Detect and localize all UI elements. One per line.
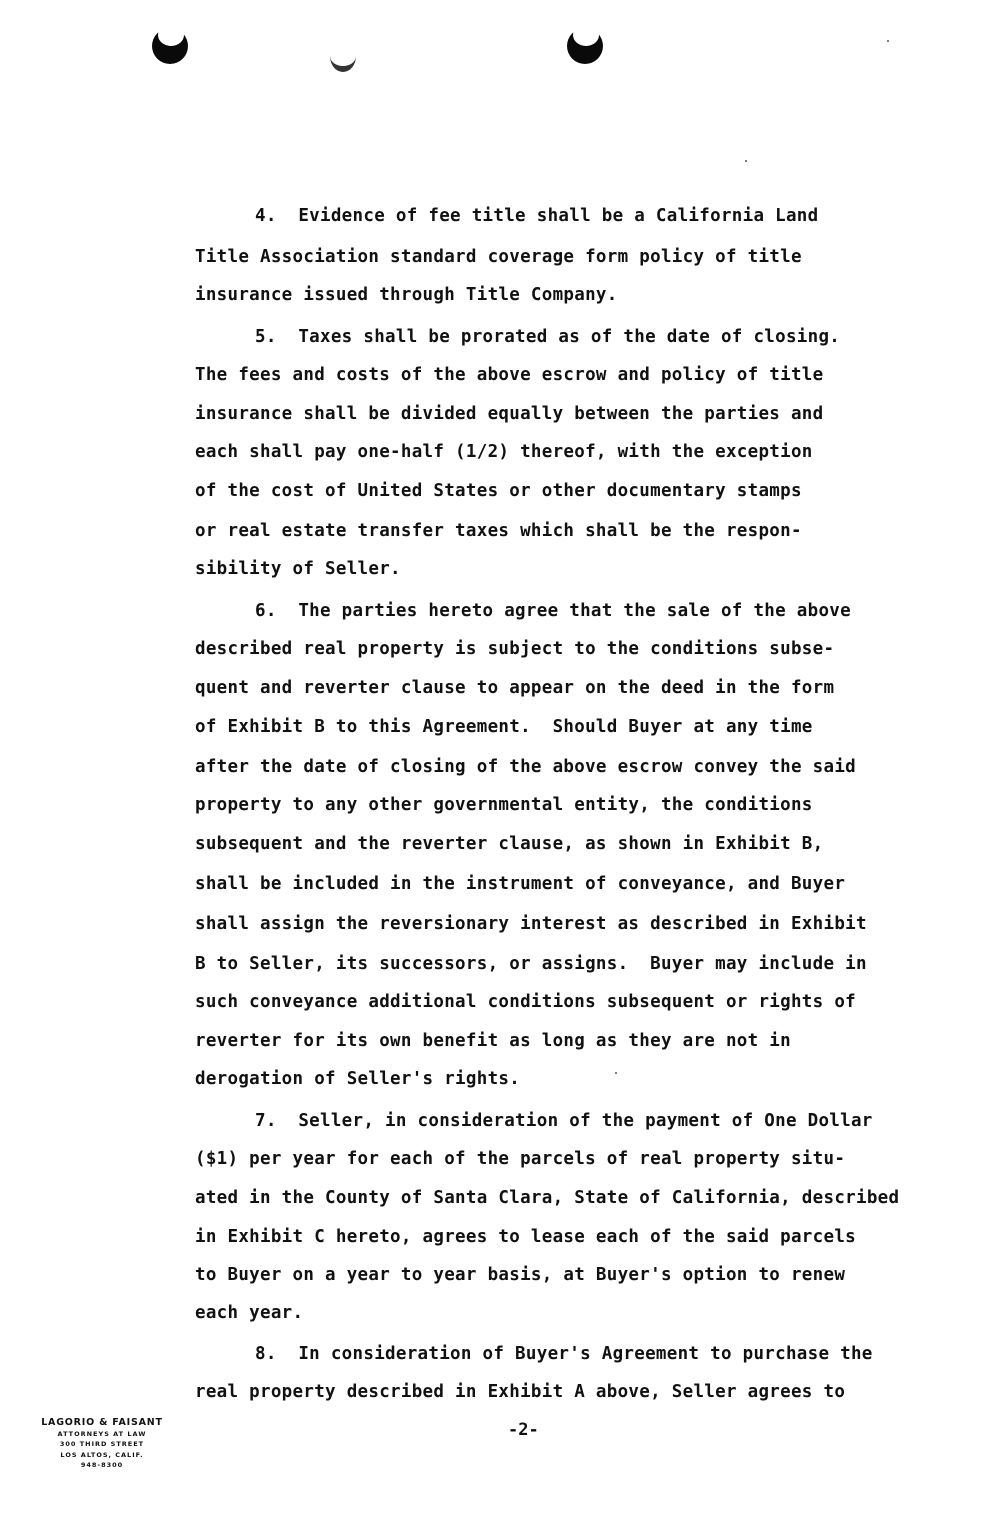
- firm-phone: 948-8300: [22, 1460, 182, 1471]
- text-line: shall assign the reversionary interest a…: [195, 913, 867, 935]
- paragraph-number: 8.: [255, 1344, 277, 1364]
- text-line: 8. In consideration of Buyer's Agreement…: [255, 1343, 873, 1365]
- punch-hole-icon: [152, 28, 188, 64]
- scan-speck: [745, 160, 747, 162]
- text-line: 7. Seller, in consideration of the payme…: [255, 1110, 873, 1132]
- firm-city: LOS ALTOS, CALIF.: [22, 1450, 182, 1461]
- text-line: or real estate transfer taxes which shal…: [195, 520, 802, 542]
- firm-title: ATTORNEYS AT LAW: [22, 1429, 182, 1440]
- text-line: subsequent and the reverter clause, as s…: [195, 833, 823, 855]
- paragraph-number: 6.: [255, 601, 277, 621]
- text-line: shall be included in the instrument of c…: [195, 873, 845, 895]
- text-line: to Buyer on a year to year basis, at Buy…: [195, 1264, 845, 1286]
- text-line: 4. Evidence of fee title shall be a Cali…: [255, 205, 818, 227]
- text-line: insurance shall be divided equally betwe…: [195, 403, 823, 425]
- text-line: B to Seller, its successors, or assigns.…: [195, 953, 867, 975]
- text-line: quent and reverter clause to appear on t…: [195, 677, 834, 699]
- firm-street: 300 THIRD STREET: [22, 1439, 182, 1450]
- scan-speck: [887, 40, 889, 42]
- text-line: ($1) per year for each of the parcels of…: [195, 1148, 845, 1170]
- page-number: -2-: [508, 1420, 539, 1440]
- text-line: reverter for its own benefit as long as …: [195, 1030, 791, 1052]
- text-line: each year.: [195, 1302, 303, 1324]
- law-firm-letterhead: LAGORIO & FAISANT ATTORNEYS AT LAW 300 T…: [22, 1418, 182, 1471]
- text-line: each shall pay one-half (1/2) thereof, w…: [195, 441, 813, 463]
- firm-name: LAGORIO & FAISANT: [22, 1418, 182, 1429]
- text-line: in Exhibit C hereto, agrees to lease eac…: [195, 1226, 856, 1248]
- text-line: after the date of closing of the above e…: [195, 756, 856, 778]
- paragraph-number: 7.: [255, 1111, 277, 1131]
- text-line: sibility of Seller.: [195, 558, 401, 580]
- text-line: described real property is subject to th…: [195, 638, 834, 660]
- paragraph-number: 5.: [255, 327, 277, 347]
- text-line: insurance issued through Title Company.: [195, 284, 618, 306]
- text-line: real property described in Exhibit A abo…: [195, 1381, 845, 1403]
- punch-hole-icon: [330, 40, 356, 72]
- scan-speck: [615, 1072, 617, 1074]
- text-line: 6. The parties hereto agree that the sal…: [255, 600, 851, 622]
- text-line: 5. Taxes shall be prorated as of the dat…: [255, 326, 840, 348]
- text-line: of the cost of United States or other do…: [195, 480, 802, 502]
- document-page: 4. Evidence of fee title shall be a Cali…: [0, 0, 1000, 1515]
- text-line: such conveyance additional conditions su…: [195, 991, 856, 1013]
- paragraph-number: 4.: [255, 206, 277, 226]
- text-line: ated in the County of Santa Clara, State…: [195, 1187, 899, 1209]
- punch-hole-icon: [567, 28, 603, 64]
- text-line: derogation of Seller's rights.: [195, 1068, 520, 1090]
- text-line: property to any other governmental entit…: [195, 794, 813, 816]
- text-line: Title Association standard coverage form…: [195, 246, 802, 268]
- text-line: of Exhibit B to this Agreement. Should B…: [195, 716, 813, 738]
- text-line: The fees and costs of the above escrow a…: [195, 364, 823, 386]
